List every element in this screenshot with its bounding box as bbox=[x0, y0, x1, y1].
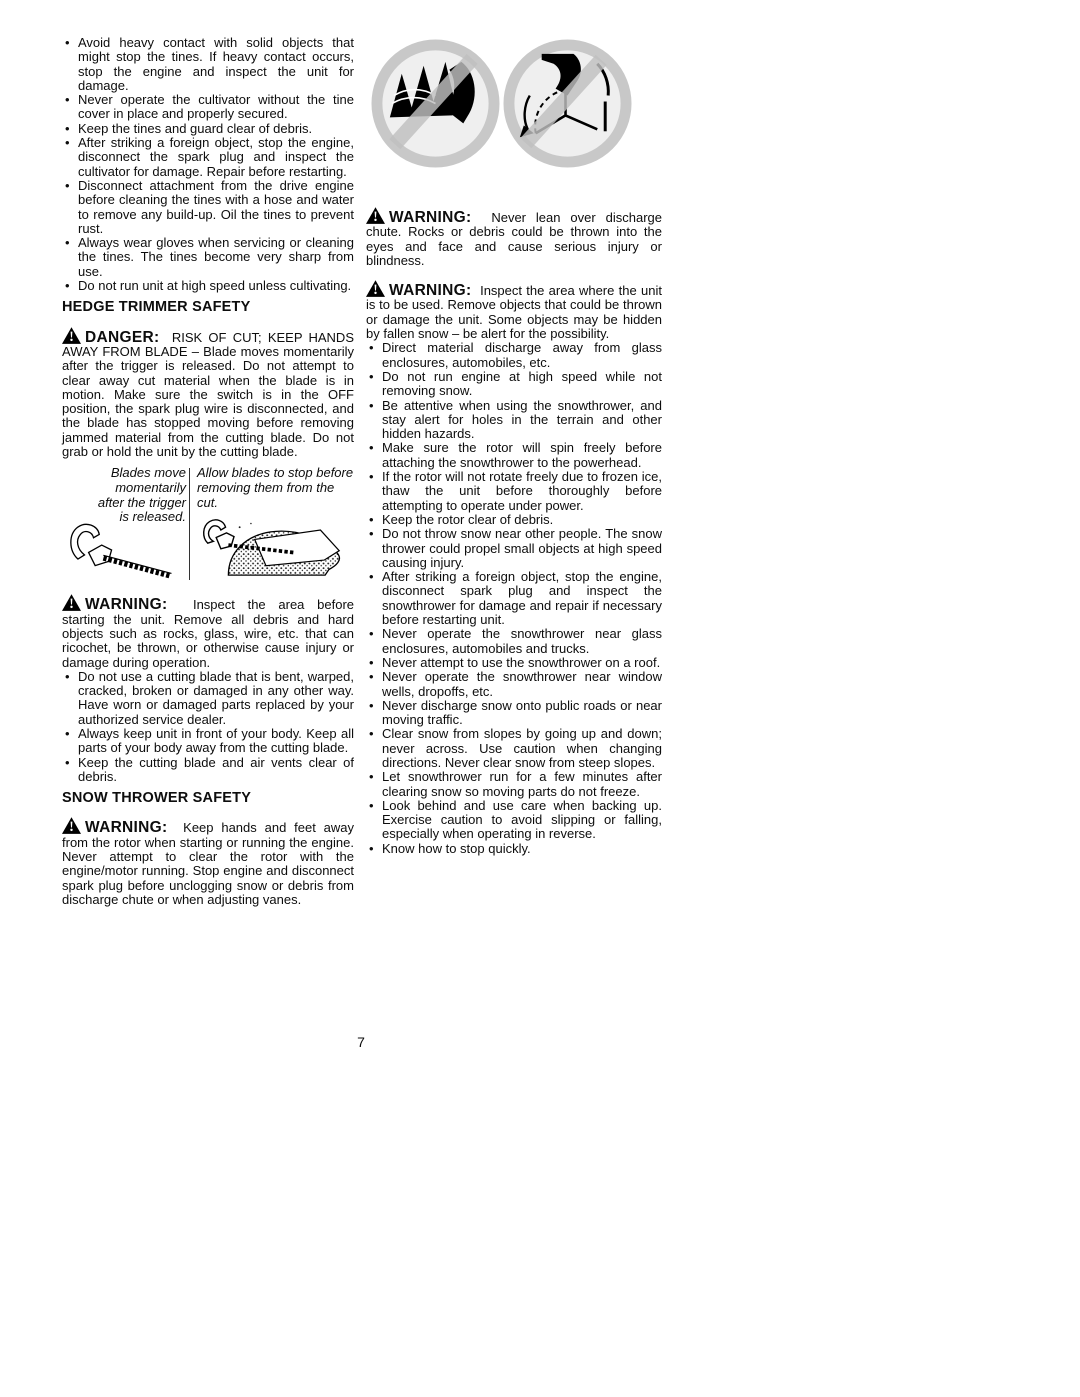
bullet-item: •Direct material discharge away from gla… bbox=[366, 341, 662, 370]
bullet-marker: • bbox=[369, 627, 374, 641]
bullet-marker: • bbox=[369, 441, 374, 455]
bullet-marker: • bbox=[65, 136, 70, 150]
bullet-item: •Never operate the snowthrower near glas… bbox=[366, 627, 662, 656]
alert-paragraph: DANGER: RISK OF CUT; KEEP HANDS AWAY FRO… bbox=[62, 327, 354, 460]
bullet-list: •Direct material discharge away from gla… bbox=[366, 341, 662, 856]
bullet-marker: • bbox=[369, 399, 374, 413]
bullet-item: •Always wear gloves when servicing or cl… bbox=[62, 236, 354, 279]
bullet-marker: • bbox=[65, 727, 70, 741]
bullet-text: Be attentive when using the snowthrower,… bbox=[382, 398, 662, 442]
safety-icon-row bbox=[370, 38, 662, 169]
bullet-marker: • bbox=[65, 122, 70, 136]
bullet-text: Always keep unit in front of your body. … bbox=[78, 726, 354, 755]
bullet-marker: • bbox=[369, 370, 374, 384]
figure: Blades move momentarily after the trigge… bbox=[62, 466, 186, 582]
bullet-marker: • bbox=[65, 236, 70, 250]
bullet-text: If the rotor will not rotate freely due … bbox=[382, 469, 662, 513]
alert-paragraph: WARNING: Keep hands and feet away from t… bbox=[62, 817, 354, 907]
bullet-text: Keep the tines and guard clear of debris… bbox=[78, 121, 312, 136]
bullet-text: Look behind and use care when backing up… bbox=[382, 798, 662, 842]
bullet-marker: • bbox=[369, 527, 374, 541]
bullet-item: •Always keep unit in front of your body.… bbox=[62, 727, 354, 756]
warning-triangle-icon bbox=[366, 283, 389, 298]
bullet-text: Let snowthrower run for a few minutes af… bbox=[382, 769, 662, 798]
bullet-item: •After striking a foreign object, stop t… bbox=[62, 136, 354, 179]
bullet-text: Never attempt to use the snowthrower on … bbox=[382, 655, 660, 670]
bullet-text: Clear snow from slopes by going up and d… bbox=[382, 726, 662, 770]
bullet-text: Make sure the rotor will spin freely bef… bbox=[382, 440, 662, 469]
bullet-item: •Do not run engine at high speed while n… bbox=[366, 370, 662, 399]
bullet-item: •Let snowthrower run for a few minutes a… bbox=[366, 770, 662, 799]
bullet-text: Do not use a cutting blade that is bent,… bbox=[78, 669, 354, 727]
section-heading: HEDGE TRIMMER SAFETY bbox=[62, 300, 354, 314]
no-hands-near-auger-icon bbox=[370, 38, 501, 169]
figure-divider bbox=[189, 468, 190, 580]
bullet-marker: • bbox=[369, 570, 374, 584]
bullet-text: Never operate the snowthrower near glass… bbox=[382, 626, 662, 655]
page-number: 7 bbox=[62, 1034, 660, 1050]
bullet-item: •Do not use a cutting blade that is bent… bbox=[62, 670, 354, 727]
bullet-list: •Do not use a cutting blade that is bent… bbox=[62, 670, 354, 784]
alert-paragraph: WARNING: Inspect the area where the unit… bbox=[366, 280, 662, 341]
bullet-text: Avoid heavy contact with solid objects t… bbox=[78, 35, 354, 93]
bullet-item: •Keep the rotor clear of debris. bbox=[366, 513, 662, 527]
bullet-marker: • bbox=[65, 36, 70, 50]
warning-triangle-icon bbox=[366, 210, 389, 225]
bullet-marker: • bbox=[369, 842, 374, 856]
bullet-text: Know how to stop quickly. bbox=[382, 841, 531, 856]
section-heading: SNOW THROWER SAFETY bbox=[62, 791, 354, 805]
bullet-text: Do not throw snow near other people. The… bbox=[382, 526, 662, 570]
bullet-marker: • bbox=[369, 727, 374, 741]
page-content: •Avoid heavy contact with solid objects … bbox=[62, 36, 662, 907]
bullet-marker: • bbox=[369, 513, 374, 527]
bullet-item: •Clear snow from slopes by going up and … bbox=[366, 727, 662, 770]
bullet-marker: • bbox=[369, 799, 374, 813]
figure-caption: Allow blades to stop before removing the… bbox=[197, 466, 354, 510]
alert-paragraph: WARNING: Inspect the area before startin… bbox=[62, 594, 354, 669]
bullet-marker: • bbox=[65, 279, 70, 293]
warning-triangle-icon bbox=[62, 820, 85, 835]
no-hands-in-rotor-icon bbox=[502, 38, 633, 169]
alert-text: RISK OF CUT; KEEP HANDS AWAY FROM BLADE … bbox=[62, 330, 354, 459]
bullet-text: Keep the rotor clear of debris. bbox=[382, 512, 553, 527]
bullet-marker: • bbox=[65, 756, 70, 770]
bullet-text: Direct material discharge away from glas… bbox=[382, 340, 662, 369]
bullet-marker: • bbox=[369, 656, 374, 670]
bullet-text: Never operate the snowthrower near windo… bbox=[382, 669, 662, 698]
bullet-item: •Never attempt to use the snowthrower on… bbox=[366, 656, 662, 670]
bullet-item: •Never discharge snow onto public roads … bbox=[366, 699, 662, 728]
bullet-text: Do not run unit at high speed unless cul… bbox=[78, 278, 351, 293]
hedge-trimmer-cutting-art bbox=[197, 515, 349, 577]
bullet-marker: • bbox=[65, 179, 70, 193]
figure-caption: Blades move momentarily after the trigge… bbox=[62, 466, 186, 524]
bullet-marker: • bbox=[369, 770, 374, 784]
bullet-item: •After striking a foreign object, stop t… bbox=[366, 570, 662, 627]
bullet-item: •Do not run unit at high speed unless cu… bbox=[62, 279, 354, 293]
figure: Allow blades to stop before removing the… bbox=[197, 466, 354, 582]
bullet-text: Never discharge snow onto public roads o… bbox=[382, 698, 662, 727]
bullet-item: •Make sure the rotor will spin freely be… bbox=[366, 441, 662, 470]
alert-paragraph: WARNING: Never lean over discharge chute… bbox=[366, 207, 662, 268]
bullet-item: •Look behind and use care when backing u… bbox=[366, 799, 662, 842]
bullet-text: After striking a foreign object, stop th… bbox=[78, 135, 354, 179]
bullet-item: •Know how to stop quickly. bbox=[366, 842, 662, 856]
bullet-text: Keep the cutting blade and air vents cle… bbox=[78, 755, 354, 784]
right-column: WARNING: Never lean over discharge chute… bbox=[366, 36, 662, 907]
two-column-layout: •Avoid heavy contact with solid objects … bbox=[62, 36, 662, 907]
bullet-item: •Be attentive when using the snowthrower… bbox=[366, 399, 662, 442]
bullet-marker: • bbox=[65, 670, 70, 684]
bullet-marker: • bbox=[369, 470, 374, 484]
bullet-item: •Keep the tines and guard clear of debri… bbox=[62, 122, 354, 136]
bullet-marker: • bbox=[369, 341, 374, 355]
warning-triangle-icon bbox=[62, 330, 85, 345]
bullet-text: Always wear gloves when servicing or cle… bbox=[78, 235, 354, 279]
bullet-item: •Avoid heavy contact with solid objects … bbox=[62, 36, 354, 93]
bullet-item: •Disconnect attachment from the drive en… bbox=[62, 179, 354, 236]
bullet-item: •Keep the cutting blade and air vents cl… bbox=[62, 756, 354, 785]
figure-row: Blades move momentarily after the trigge… bbox=[62, 466, 354, 582]
bullet-marker: • bbox=[65, 93, 70, 107]
bullet-text: Do not run engine at high speed while no… bbox=[382, 369, 662, 398]
bullet-text: Never operate the cultivator without the… bbox=[78, 92, 354, 121]
bullet-text: After striking a foreign object, stop th… bbox=[382, 569, 662, 627]
bullet-item: •Do not throw snow near other people. Th… bbox=[366, 527, 662, 570]
warning-triangle-icon bbox=[62, 597, 85, 612]
bullet-item: •Never operate the snowthrower near wind… bbox=[366, 670, 662, 699]
bullet-marker: • bbox=[369, 670, 374, 684]
bullet-list: •Avoid heavy contact with solid objects … bbox=[62, 36, 354, 293]
left-column: •Avoid heavy contact with solid objects … bbox=[62, 36, 354, 907]
bullet-item: •If the rotor will not rotate freely due… bbox=[366, 470, 662, 513]
bullet-text: Disconnect attachment from the drive eng… bbox=[78, 178, 354, 236]
hedge-trimmer-art bbox=[60, 518, 182, 582]
bullet-item: •Never operate the cultivator without th… bbox=[62, 93, 354, 122]
bullet-marker: • bbox=[369, 699, 374, 713]
